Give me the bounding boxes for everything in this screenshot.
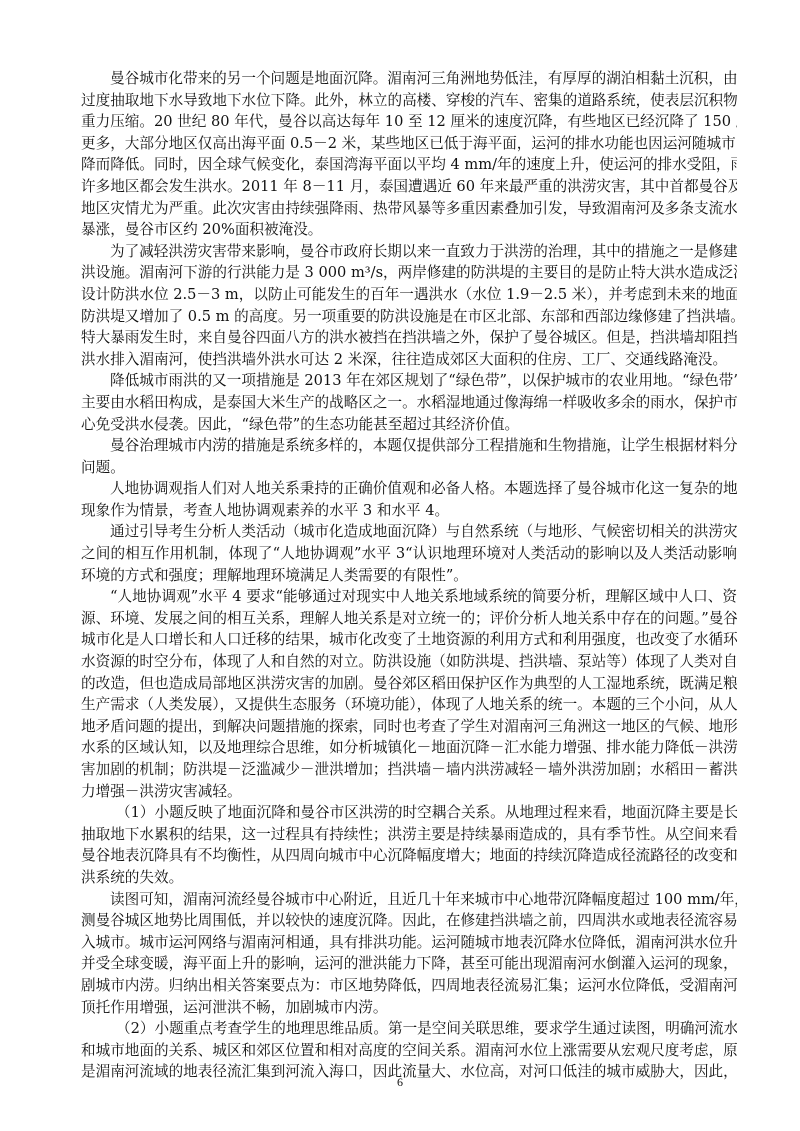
text-line: 主要由水稻田构成，是泰国大米生产的战略区之一。水稻湿地通过像海绵一样吸收多余的雨… [81,392,737,414]
text-line: 通过引导考生分析人类活动（城市化造成地面沉降）与自然系统（与地形、气候密切相关的… [81,521,737,543]
paragraph-human-earth-concept: 人地协调观指人们对人地关系秉持的正确价值观和必备人格。本题选择了曼谷城市化这一复… [81,478,737,521]
text-line: 剧城市内涝。归纳出相关答案要点为：市区地势降低，四周地表径流易汇集；运河水位降低… [81,975,737,997]
paragraph-question-1: （1）小题反映了地面沉降和曼谷市区洪涝的时空耦合关系。从地理过程来看，地面沉降主… [81,802,737,888]
text-line: 环境的方式和强度；理解地理环境满足人类需要的有限性”。 [81,565,737,587]
text-line: 地区灾情尤为严重。此次灾害由持续强降雨、热带风暴等多重因素叠加引发，导致湄南河及… [81,198,737,220]
paragraph-level-4: “人地协调观”水平 4 要求“能够通过对现实中人地关系地域系统的简要分析，理解区… [81,586,737,802]
text-line: 洪设施。湄南河下游的行洪能力是 3 000 m³/s，两岸修建的防洪堤的主要目的… [81,262,737,284]
text-line: 更多，大部分地区仅高出海平面 0.5－2 米，某些地区已低于海平面，运河的排水功… [81,133,737,155]
text-line: 重力压缩。20 世纪 80 年代，曼谷以高达每年 10 至 12 厘米的速度沉降… [81,111,737,133]
text-line: 洪系统的失效。 [81,867,737,889]
text-line: 水系的区域认知，以及地理综合思维，如分析城镇化－地面沉降－汇水能力增强、排水能力… [81,737,737,759]
text-line: 暴涨，曼谷市区约 20%面积被淹没。 [81,219,737,241]
text-line: 心免受洪水侵袭。因此，“绿色带”的生态功能甚至超过其经济价值。 [81,414,737,436]
page-number: 6 [0,1075,800,1090]
text-line: 生产需求（人类发展），又提供生态服务（环境功能），体现了人地关系的统一。本题的三… [81,694,737,716]
text-line: 设计防洪水位 2.5－3 m，以防止可能发生的百年一遇洪水（水位 1.9－2.5… [81,284,737,306]
text-line: 现象作为情景，考查人地协调观素养的水平 3 和水平 4。 [81,500,737,522]
text-line: 顶托作用增强，运河泄洪不畅，加剧城市内涝。 [81,997,737,1019]
text-line: （1）小题反映了地面沉降和曼谷市区洪涝的时空耦合关系。从地理过程来看，地面沉降主… [81,802,737,824]
paragraph-measures-summary: 曼谷治理城市内涝的措施是系统多样的，本题仅提供部分工程措施和生物措施，让学生根据… [81,435,737,478]
text-line: 入城市。城市运河网络与湄南河相通，具有排洪功能。运河随城市地表沉降水位降低，湄南… [81,932,737,954]
text-line: 的改造，但也造成局部地区洪涝灾害的加剧。曼谷郊区稻田保护区作为典型的人工湿地系统… [81,673,737,695]
text-line: 之间的相互作用机制，体现了“人地协调观”水平 3“认识地理环境对人类活动的影响以… [81,543,737,565]
text-line: 洪水排入湄南河，使挡洪墙外洪水可达 2 米深，往往造成郊区大面积的住房、工厂、交… [81,349,737,371]
text-line: “人地协调观”水平 4 要求“能够通过对现实中人地关系地域系统的简要分析，理解区… [81,586,737,608]
text-line: 问题。 [81,457,737,479]
paragraph-level-3: 通过引导考生分析人类活动（城市化造成地面沉降）与自然系统（与地形、气候密切相关的… [81,521,737,586]
text-line: 并受全球变暖，海平面上升的影响，运河的泄洪能力下降，甚至可能出现湄南河水倒灌入运… [81,953,737,975]
text-line: 测曼谷城区地势比周围低，并以较快的速度沉降。因此，在修建挡洪墙之前，四周洪水或地… [81,910,737,932]
text-line: 曼谷城市化带来的另一个问题是地面沉降。湄南河三角洲地势低洼，有厚厚的湖泊相黏土沉… [81,68,737,90]
text-line: 城市化是人口增长和人口迁移的结果，城市化改变了土地资源的利用方式和利用强度，也改… [81,629,737,651]
text-line: （2）小题重点考查学生的地理思维品质。第一是空间关联思维，要求学生通过读图，明确… [81,1018,737,1040]
paragraph-flood-facilities: 为了减轻洪涝灾害带来影响，曼谷市政府长期以来一直致力于洪涝的治理，其中的措施之一… [81,241,737,371]
text-line: 和城市地面的关系、城区和郊区位置和相对高度的空间关系。湄南河水位上涨需要从宏观尺… [81,1040,737,1062]
text-line: 降而降低。同时，因全球气候变化，泰国湾海平面以平均 4 mm/年的速度上升，使运… [81,154,737,176]
text-line: 人地协调观指人们对人地关系秉持的正确价值观和必备人格。本题选择了曼谷城市化这一复… [81,478,737,500]
paragraph-land-subsidence: 曼谷城市化带来的另一个问题是地面沉降。湄南河三角洲地势低洼，有厚厚的湖泊相黏土沉… [81,68,737,241]
text-line: 许多地区都会发生洪水。2011 年 8－11 月，泰国遭遇近 60 年来最严重的… [81,176,737,198]
document-page: 曼谷城市化带来的另一个问题是地面沉降。湄南河三角洲地势低洼，有厚厚的湖泊相黏土沉… [0,0,800,1131]
text-line: 地矛盾问题的提出，到解决问题措施的探索，同时也考查了学生对湄南河三角洲这一地区的… [81,716,737,738]
text-line: 曼谷地表沉降具有不均衡性，从四周向城市中心沉降幅度增大；地面的持续沉降造成径流路… [81,845,737,867]
text-line: 过度抽取地下水导致地下水位下降。此外，林立的高楼、穿梭的汽车、密集的道路系统，使… [81,90,737,112]
text-line: 为了减轻洪涝灾害带来影响，曼谷市政府长期以来一直致力于洪涝的治理，其中的措施之一… [81,241,737,263]
paragraph-map-reading: 读图可知，湄南河流经曼谷城市中心附近，且近几十年来城市中心地带沉降幅度超过 10… [81,889,737,1019]
text-line: 害加剧的机制；防洪堤－泛滥减少－泄洪增加；挡洪墙－墙内洪涝减轻－墙外洪涝加剧；水… [81,759,737,781]
text-line: 降低城市雨洪的又一项措施是 2013 年在郊区规划了“绿色带”，以保护城市的农业… [81,370,737,392]
text-line: 水资源的时空分布，体现了人和自然的对立。防洪设施（如防洪堤、挡洪墙、泵站等）体现… [81,651,737,673]
text-line: 防洪堤又增加了 0.5 m 的高度。另一项重要的防洪设施是在市区北部、东部和西部… [81,306,737,328]
text-line: 力增强－洪涝灾害减轻。 [81,781,737,803]
paragraph-green-belt: 降低城市雨洪的又一项措施是 2013 年在郊区规划了“绿色带”，以保护城市的农业… [81,370,737,435]
text-line: 读图可知，湄南河流经曼谷城市中心附近，且近几十年来城市中心地带沉降幅度超过 10… [81,889,737,911]
document-body: 曼谷城市化带来的另一个问题是地面沉降。湄南河三角洲地势低洼，有厚厚的湖泊相黏土沉… [81,68,737,1083]
text-line: 曼谷治理城市内涝的措施是系统多样的，本题仅提供部分工程措施和生物措施，让学生根据… [81,435,737,457]
text-line: 源、环境、发展之间的相互关系，理解人地关系是对立统一的；评价分析人地关系中存在的… [81,608,737,630]
text-line: 特大暴雨发生时，来自曼谷四面八方的洪水被挡在挡洪墙之外，保护了曼谷城区。但是，挡… [81,327,737,349]
paragraph-question-2: （2）小题重点考查学生的地理思维品质。第一是空间关联思维，要求学生通过读图，明确… [81,1018,737,1083]
text-line: 抽取地下水累积的结果，这一过程具有持续性；洪涝主要是持续暴雨造成的，具有季节性。… [81,824,737,846]
